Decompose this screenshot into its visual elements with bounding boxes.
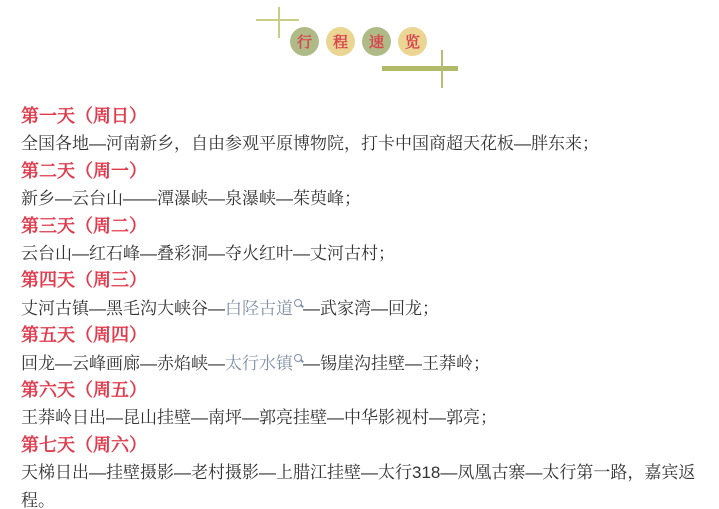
route-text: —锡崖沟挂壁—王莽岭；: [303, 354, 490, 373]
route-text: 丈河古镇—黑毛沟大峡谷—: [21, 299, 225, 318]
title-char-circle: 程: [326, 27, 355, 56]
day5-route: 回龙—云峰画廊—赤焰峡—太行水镇—锡崖沟挂壁—王莽岭；: [21, 350, 707, 377]
route-text: 回龙—云峰画廊—赤焰峡—: [21, 354, 225, 373]
decor-underline-vertical: [441, 50, 443, 88]
day7-route: 天梯日出—挂壁摄影—老村摄影—上腊江挂壁—太行318—凤凰古寨—太行第一路，嘉宾…: [21, 459, 707, 509]
day6-heading: 第六天（周五）: [21, 377, 707, 404]
day3-heading: 第三天（周二）: [21, 213, 707, 240]
keyword-text: 白陉古道: [225, 299, 293, 318]
route-text: 天梯日出—挂壁摄影—老村摄影—上腊江挂壁—太行318—凤凰古寨—太行第一路，嘉宾…: [21, 463, 695, 509]
day1-route: 全国各地—河南新乡，自由参观平原博物院，打卡中国商超天花板—胖东来；: [21, 130, 707, 157]
day5-heading: 第五天（周四）: [21, 322, 707, 349]
route-text: 新乡—云台山——潭瀑峡—泉瀑峡—茱萸峰；: [21, 189, 361, 208]
search-icon: [294, 299, 302, 307]
page-title: 行 程 速 览: [290, 27, 427, 56]
itinerary-page: { "title": { "label": "行程速览", "chars": […: [0, 0, 719, 509]
day2-route: 新乡—云台山——潭瀑峡—泉瀑峡—茱萸峰；: [21, 185, 707, 212]
search-icon: [294, 354, 302, 362]
keyword-text: 太行水镇: [225, 354, 293, 373]
title-char-circle: 行: [290, 27, 319, 56]
title-char-circle: 速: [362, 27, 391, 56]
day4-route: 丈河古镇—黑毛沟大峡谷—白陉古道—武家湾—回龙；: [21, 295, 707, 322]
route-text: 云台山—红石峰—叠彩洞—夺火红叶—丈河古村；: [21, 244, 395, 263]
day7-heading: 第七天（周六）: [21, 432, 707, 459]
itinerary-list: 第一天（周日） 全国各地—河南新乡，自由参观平原博物院，打卡中国商超天花板—胖东…: [21, 103, 707, 509]
route-text: 王莽岭日出—昆山挂壁—南坪—郭亮挂壁—中华影视村—郭亮；: [21, 408, 497, 427]
day2-heading: 第二天（周一）: [21, 158, 707, 185]
decor-cross-vertical: [278, 7, 280, 38]
route-text: —武家湾—回龙；: [303, 299, 439, 318]
keyword-link-baijing-gudao[interactable]: 白陉古道: [225, 299, 303, 318]
keyword-link-taihang-shuizhen[interactable]: 太行水镇: [225, 354, 303, 373]
day6-route: 王莽岭日出—昆山挂壁—南坪—郭亮挂壁—中华影视村—郭亮；: [21, 404, 707, 431]
day1-heading: 第一天（周日）: [21, 103, 707, 130]
day3-route: 云台山—红石峰—叠彩洞—夺火红叶—丈河古村；: [21, 240, 707, 267]
route-text: 全国各地—河南新乡，自由参观平原博物院，打卡中国商超天花板—胖东来；: [21, 134, 599, 153]
decor-underline-bar: [382, 66, 458, 71]
day4-heading: 第四天（周三）: [21, 267, 707, 294]
title-char-circle: 览: [398, 27, 427, 56]
